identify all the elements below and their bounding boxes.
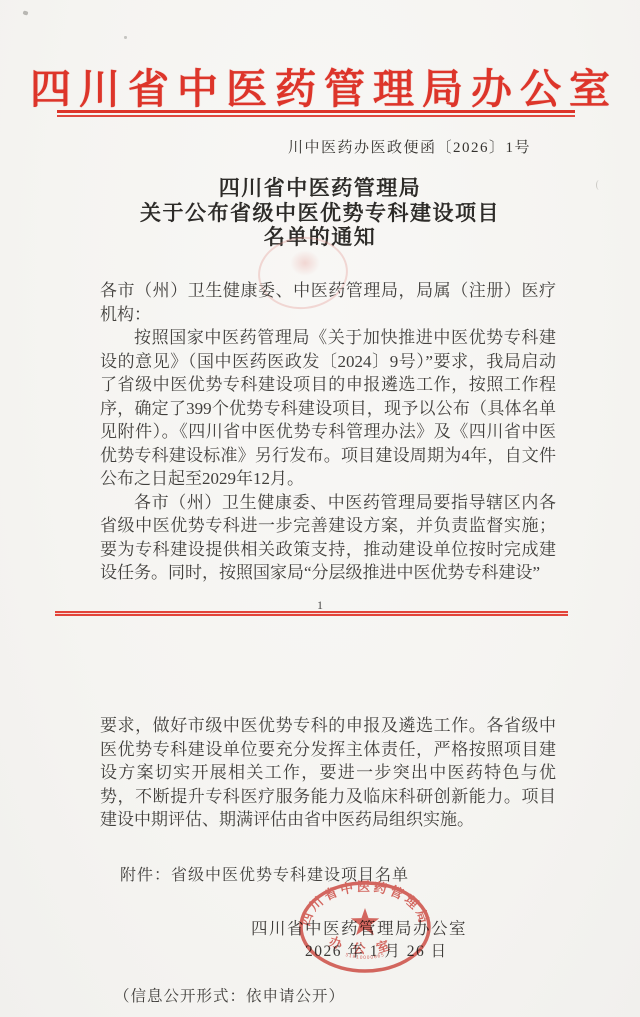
official-seal: 四川省中医药管理局 办公室 51910000665	[295, 877, 435, 977]
seal-bottom-text: 办公室	[327, 934, 403, 956]
document-title-line-1: 四川省中医药管理局	[0, 176, 640, 201]
salutation-paragraph: 各市（州）卫生健康委、中医药管理局，局属（注册）医疗机构：	[100, 279, 556, 326]
scan-speck	[22, 10, 28, 15]
letterhead-rule-thick	[57, 110, 575, 113]
document-title-line-2: 关于公布省级中医优势专科建设项目	[0, 201, 640, 226]
scan-speck	[124, 36, 127, 39]
body-paragraph-3: 要求，做好市级中医优势专科的申报及遴选工作。各省级中医优势专科建设单位要充分发挥…	[100, 714, 556, 832]
body-paragraph-1: 按照国家中医药管理局《关于加快推进中医优势专科建设的意见》（国中医药医政发〔20…	[100, 326, 556, 491]
body-text-page-2: 要求，做好市级中医优势专科的申报及遴选工作。各省级中医优势专科建设单位要充分发挥…	[100, 714, 556, 832]
scanned-document-page: 四川省中医药管理局办公室 川中医药办医政便函〔2026〕1号 四川省中医药管理局…	[0, 0, 640, 1017]
scan-speck	[596, 180, 602, 190]
disclosure-note: （信息公开形式：依申请公开）	[114, 984, 345, 1006]
body-paragraph-2: 各市（州）卫生健康委、中医药管理局要指导辖区内各省级中医优势专科进一步完善建设方…	[100, 491, 556, 585]
letterhead-org-title: 四川省中医药管理局办公室	[0, 56, 640, 115]
document-number: 川中医药办医政便函〔2026〕1号	[288, 136, 531, 157]
letterhead-rule-thin	[57, 115, 575, 117]
seal-star-icon	[351, 908, 380, 935]
page-divider-line	[55, 611, 568, 616]
svg-text:办公室: 办公室	[327, 934, 403, 956]
body-text-page-1: 各市（州）卫生健康委、中医药管理局，局属（注册）医疗机构： 按照国家中医药管理局…	[100, 279, 556, 585]
faint-seal-smudge	[290, 250, 320, 276]
